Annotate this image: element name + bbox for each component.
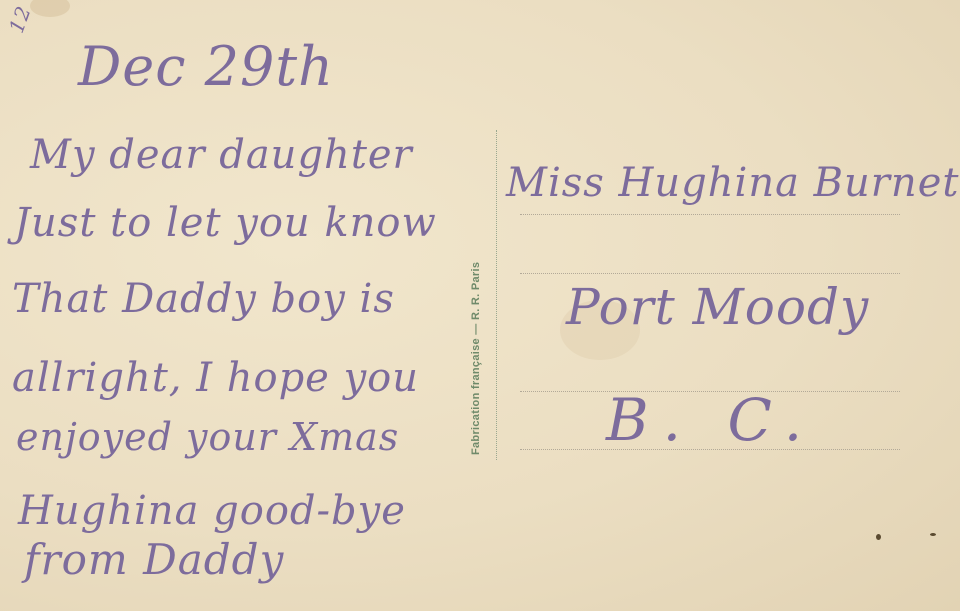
address-rule <box>520 214 900 215</box>
recipient-name: Miss Hughina Burnett <box>506 160 960 206</box>
paper-stain <box>30 0 70 17</box>
message-line: enjoyed your Xmas <box>16 415 399 459</box>
paper-speck <box>876 534 881 540</box>
paper-speck <box>930 533 936 536</box>
postcard-back: 12 Dec 29th My dear daughter Just to let… <box>0 0 960 611</box>
message-line: from Daddy <box>24 535 284 584</box>
message-line: My dear daughter <box>30 132 413 178</box>
printer-imprint: Fabrication française — R. R. Paris <box>470 262 482 455</box>
recipient-province: B. C. <box>606 386 816 454</box>
message-line: Hughina good-bye <box>18 488 406 534</box>
center-divider <box>496 130 497 460</box>
message-line: That Daddy boy is <box>12 276 395 322</box>
message-date: Dec 29th <box>78 35 334 98</box>
address-rule <box>520 273 900 274</box>
message-line: allright, I hope you <box>12 355 419 401</box>
recipient-city: Port Moody <box>566 278 869 336</box>
message-line: Just to let you know <box>14 200 437 246</box>
